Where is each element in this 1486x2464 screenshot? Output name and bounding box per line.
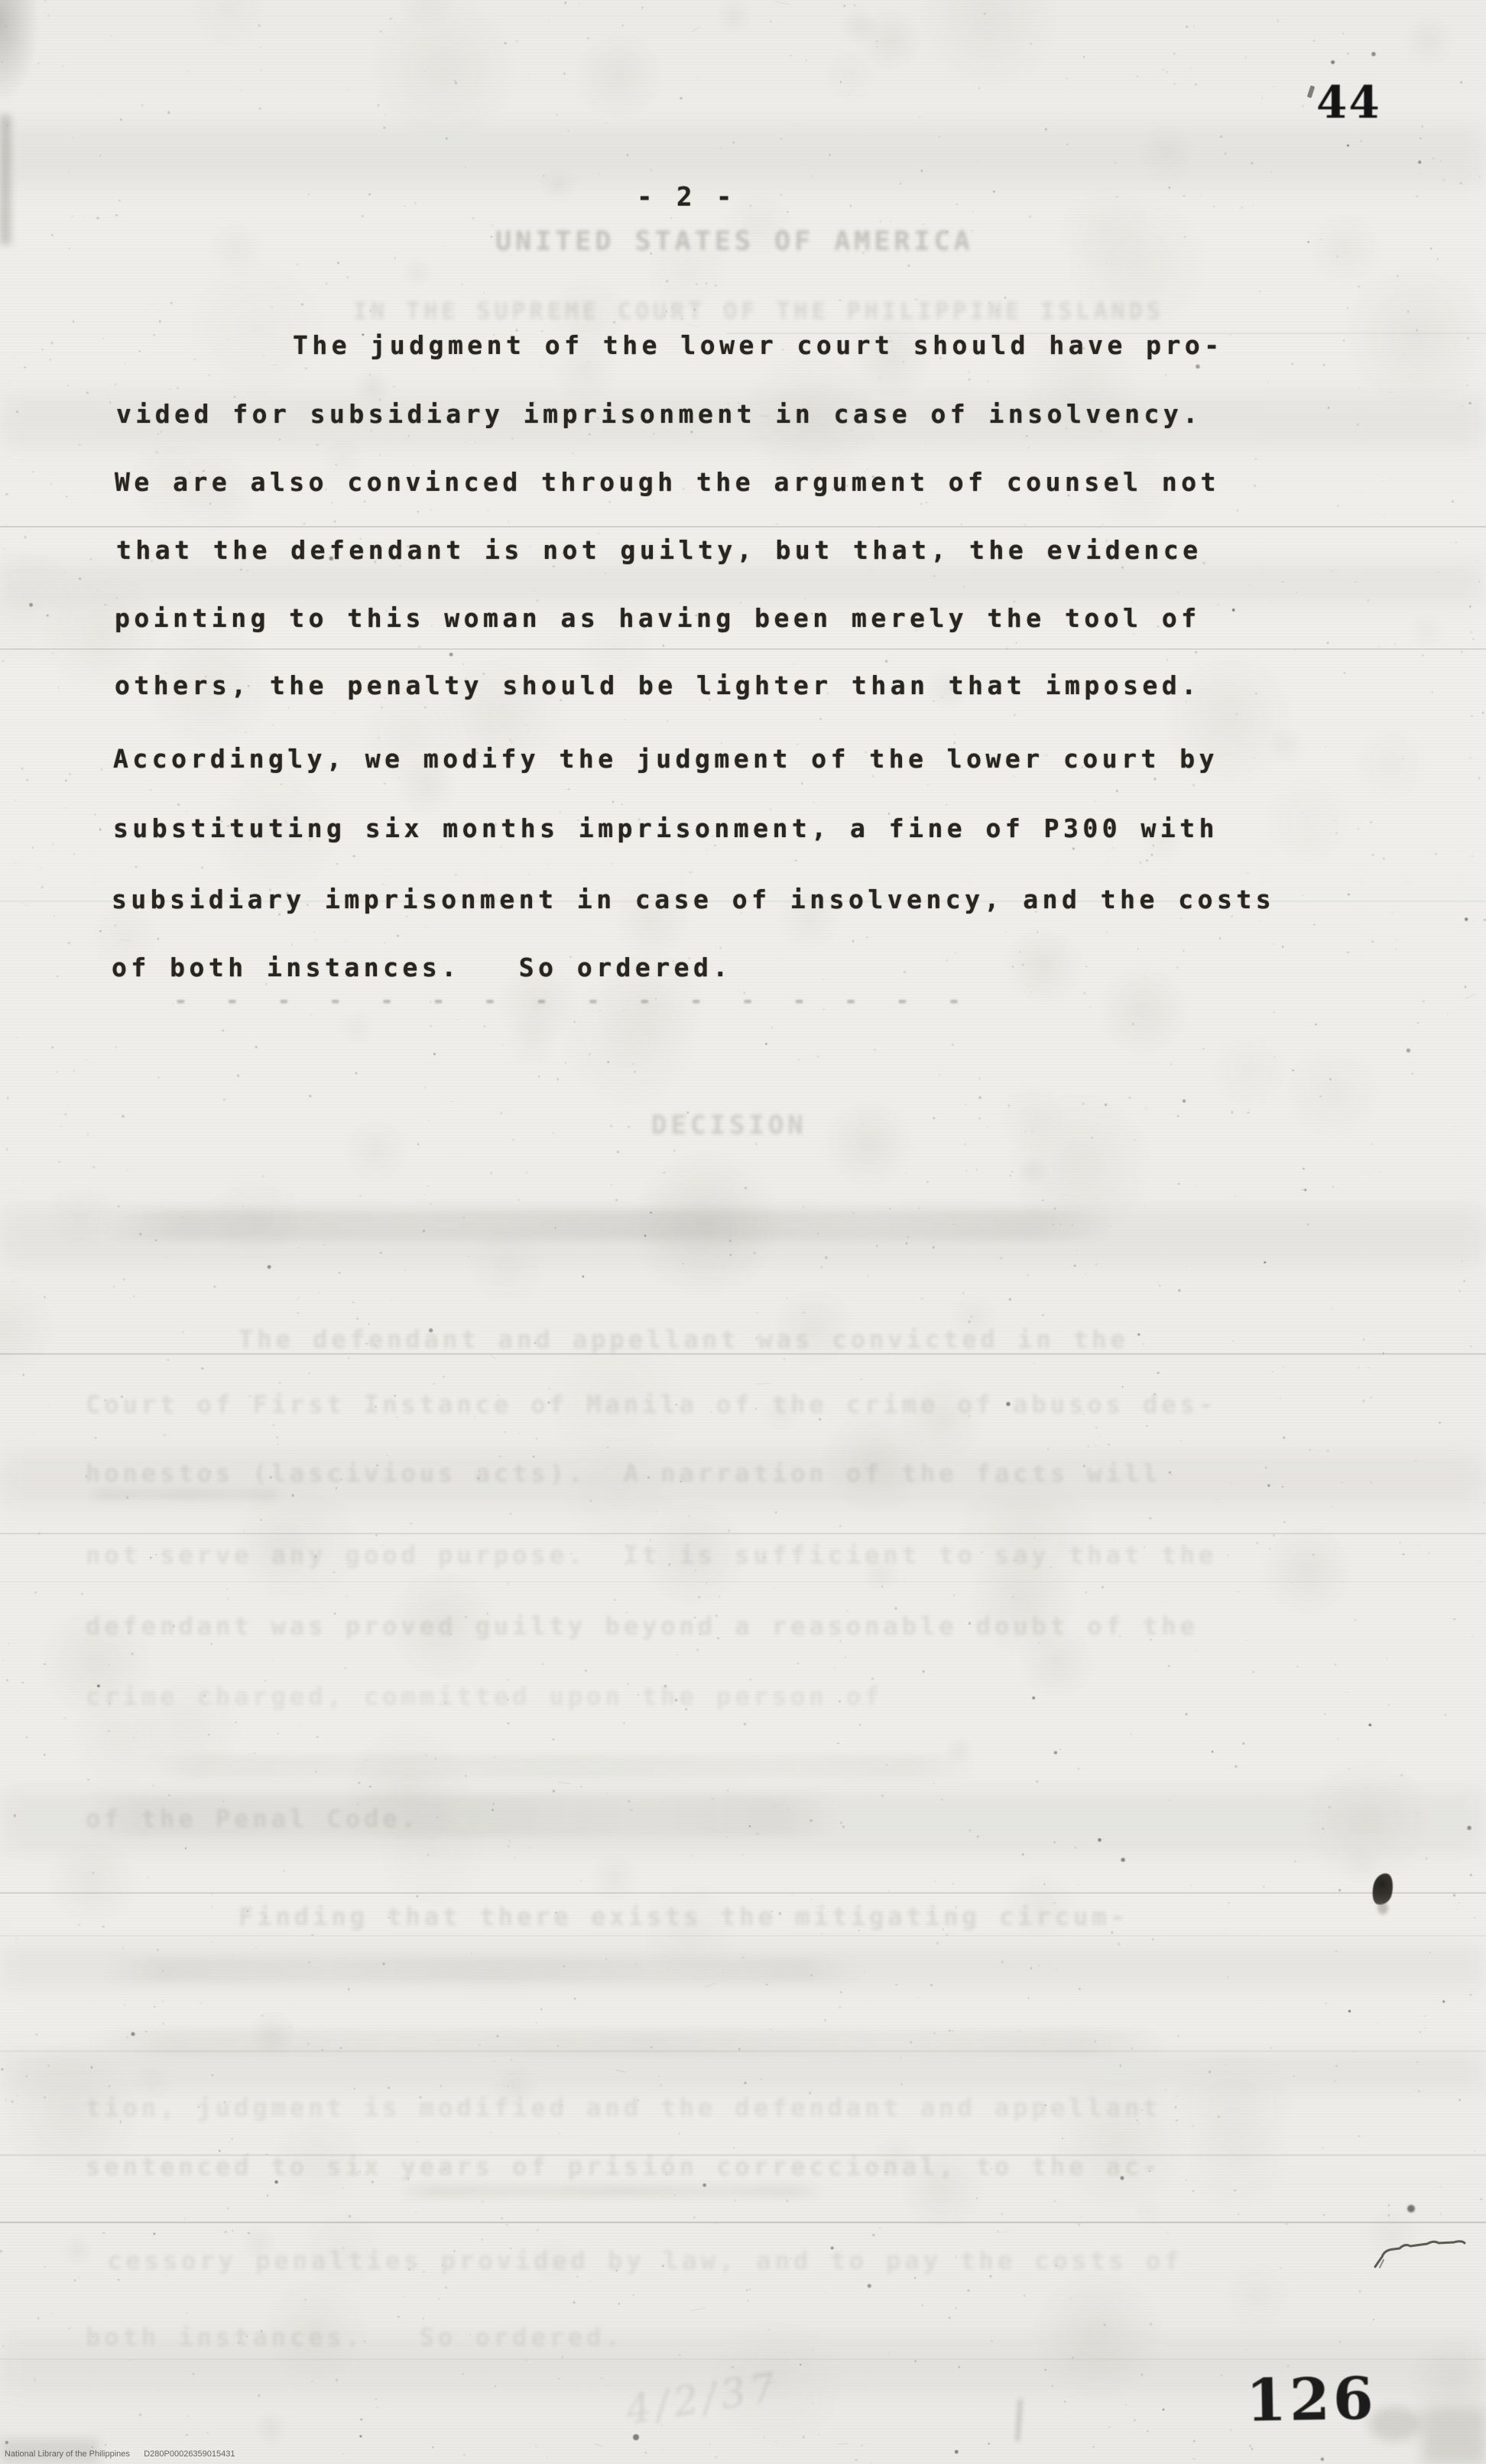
ghost-line: Finding that there exists the mitigating…: [238, 1902, 1129, 1931]
ghost-line: tion, judgment is modified and the defen…: [86, 2093, 1161, 2122]
ghost-line: not serve any good purpose. It is suffic…: [86, 1540, 1217, 1570]
ghost-underline-smudge: [86, 1489, 284, 1500]
stamp-number: 126: [1245, 2365, 1377, 2435]
ghost-decision-heading: DECISION: [651, 1110, 807, 1141]
scan-line: [0, 1892, 1486, 1894]
typed-line: of both instances. So ordered.: [112, 953, 732, 982]
scan-line: [0, 2358, 1486, 2360]
ghost-smudge-line: [99, 1957, 864, 1983]
ghost-line: both instances. So ordered.: [86, 2323, 624, 2352]
typed-line: subsidiary imprisonment in case of insol…: [112, 885, 1275, 914]
typed-line: vided for subsidiary imprisonment in cas…: [116, 399, 1202, 429]
ghost-smudge-line: [99, 1209, 1116, 1240]
edge-smudge: [0, 115, 11, 245]
corner-smudge: [1422, 2408, 1486, 2464]
ink-blot-tail: [1377, 1902, 1388, 1914]
scan-line: [0, 526, 1486, 528]
ghost-line: cessory penalties provided by law, and t…: [107, 2246, 1183, 2275]
ink-dot: [1407, 2205, 1415, 2212]
scan-line: [0, 1935, 1486, 1936]
scan-line: [0, 648, 1486, 650]
footer-micro-text: National Library of the Philippines D280…: [5, 2449, 235, 2459]
page-header-number: - 2 -: [637, 182, 736, 213]
stamp-smudge: [1368, 2407, 1422, 2441]
scanner-band: [0, 562, 1486, 604]
typed-line: substituting six months imprisonment, a …: [113, 813, 1218, 843]
ghost-line: of the Penal Code.: [86, 1804, 420, 1833]
ghost-line: defendant was proved guilty beyond a rea…: [86, 1612, 1199, 1641]
typed-line: We are also convinced through the argume…: [115, 467, 1220, 497]
scan-line: [0, 1581, 1486, 1583]
typed-line: others, the penalty should be lighter th…: [115, 670, 1201, 700]
ghost-heading-court: IN THE SUPREME COURT OF THE PHILIPPINE I…: [353, 298, 1164, 325]
ghost-line: The defendant and appellant was convicte…: [238, 1325, 1129, 1354]
ghost-line: Court of First Instance of Manila of the…: [86, 1390, 1217, 1419]
scan-line: [0, 2222, 1486, 2223]
scanner-band: [0, 2053, 1486, 2091]
typed-line: Accordingly, we modify the judgment of t…: [113, 744, 1218, 774]
scanned-document-page: 44 - 2 - UNITED STATES OF AMERICA IN THE…: [0, 0, 1486, 2464]
pen-squiggle-mark: [1373, 2229, 1466, 2269]
ink-speck: [633, 2434, 639, 2440]
scan-line: [0, 1533, 1486, 1534]
dash-separator: - - - - - - - - - - - - - - - -: [174, 988, 960, 1013]
ghost-underline-smudge: [397, 2185, 826, 2197]
ghost-line: honestos (lascivious acts). A narration …: [86, 1459, 1161, 1488]
typed-line: The judgment of the lower court should h…: [293, 330, 1224, 360]
folio-number: 44: [1316, 76, 1381, 128]
ghost-line: crime charged, committed upon the person…: [86, 1682, 883, 1711]
typed-line: pointing to this woman as having been me…: [115, 603, 1201, 633]
ghost-smudge-line: [84, 2030, 1170, 2057]
scanner-band: [0, 126, 1486, 187]
ghost-smudge-line: [138, 1755, 978, 1777]
ghost-heading-country: UNITED STATES OF AMERICA: [495, 226, 974, 257]
ghost-line: sentenced to six years of prisión correc…: [86, 2152, 1161, 2181]
corner-shadow: [0, 0, 40, 103]
typed-line: that the defendant is not guilty, but th…: [116, 535, 1202, 565]
